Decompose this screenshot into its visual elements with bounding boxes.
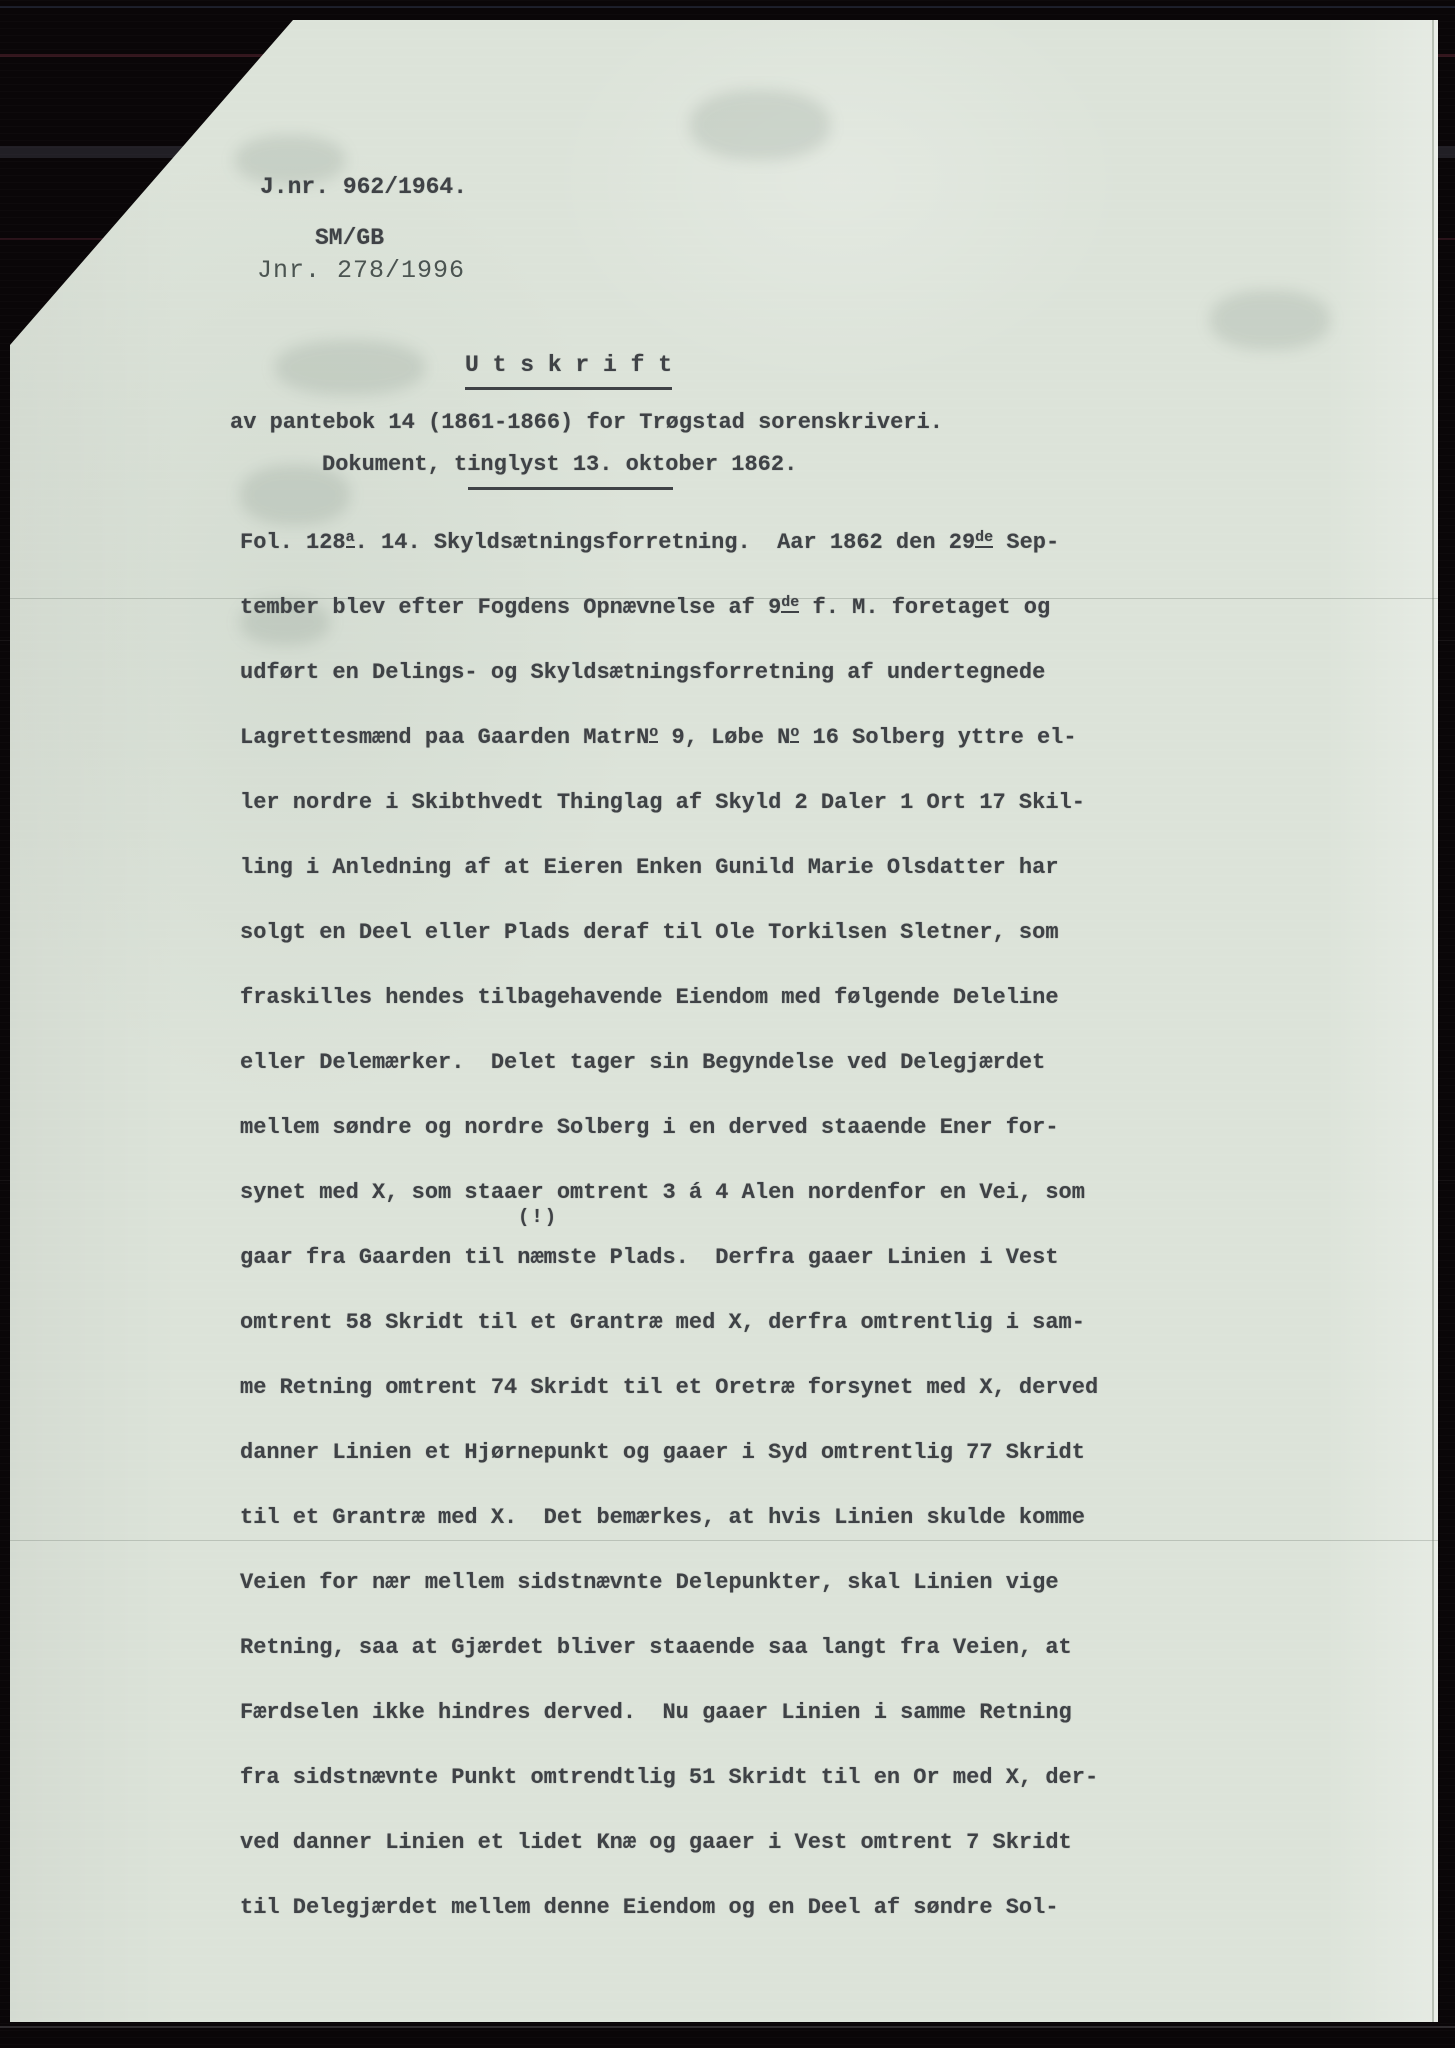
body-line: mellem søndre og nordre Solberg i en der… — [240, 1095, 1098, 1160]
paper-sheet: J.nr. 962/1964. SM/GB Jnr. 278/1996 U t … — [10, 20, 1438, 2022]
ink-bleedthrough-smudge — [690, 90, 830, 160]
case-handler-initials: SM/GB — [315, 223, 384, 253]
body-line: danner Linien et Hjørnepunkt og gaaer i … — [240, 1420, 1098, 1485]
body-line: omtrent 58 Skridt til et Grantræ med X, … — [240, 1290, 1098, 1355]
body-line: solgt en Deel eller Plads deraf til Ole … — [240, 900, 1098, 965]
ink-bleedthrough-smudge — [1210, 290, 1330, 350]
journal-number-top: J.nr. 962/1964. — [260, 172, 467, 202]
body-line: ved danner Linien et lidet Knæ og gaaer … — [240, 1810, 1098, 1875]
body-line: til et Grantræ med X. Det bemærkes, at h… — [240, 1485, 1098, 1550]
body-line: gaar fra Gaarden til næmste Plads. Derfr… — [240, 1225, 1098, 1290]
body-line: Færdselen ikke hindres derved. Nu gaaer … — [240, 1680, 1098, 1745]
body-line: me Retning omtrent 74 Skridt til et Oret… — [240, 1355, 1098, 1420]
body-line: udført en Delings- og Skyldsætningsforre… — [240, 640, 1098, 705]
ink-bleedthrough-smudge — [275, 340, 425, 395]
superscript-ordinal: de — [975, 529, 993, 548]
superscript-ordinal: a — [346, 529, 355, 548]
body-line: ler nordre i Skibthvedt Thinglag af Skyl… — [240, 770, 1098, 835]
underline-rule — [468, 487, 673, 490]
body-text: Fol. 128a. 14. Skyldsætningsforretning. … — [240, 510, 1098, 1940]
document-title: U t s k r i f t — [465, 350, 672, 390]
superscript-ordinal: de — [781, 594, 799, 613]
superscript-ordinal: o — [649, 724, 658, 743]
body-line: Veien for nær mellem sidstnævnte Delepun… — [240, 1550, 1098, 1615]
body-line: ling i Anledning af at Eieren Enken Guni… — [240, 835, 1098, 900]
scanned-archive-page: { "document": { "journal_number_top": "J… — [0, 0, 1455, 2048]
body-line: Retning, saa at Gjærdet bliver staaende … — [240, 1615, 1098, 1680]
body-line: eller Delemærker. Delet tager sin Begynd… — [240, 1030, 1098, 1095]
body-line: Fol. 128a. 14. Skyldsætningsforretning. … — [240, 510, 1098, 575]
body-line: fra sidstnævnte Punkt omtrendtlig 51 Skr… — [240, 1745, 1098, 1810]
scan-streak — [0, 2026, 1455, 2028]
superscript-ordinal: o — [790, 724, 799, 743]
body-line: til Delegjærdet mellem denne Eiendom og … — [240, 1875, 1098, 1940]
sic-annotation: (!) — [518, 1206, 558, 1228]
paper-edge-highlight — [1434, 20, 1438, 2022]
body-line: fraskilles hendes tilbagehavende Eiendom… — [240, 965, 1098, 1030]
document-type-line: Dokument, tinglyst 13. oktober 1862. — [322, 450, 797, 480]
scan-streak — [0, 6, 1455, 8]
body-line: tember blev efter Fogdens Opnævnelse af … — [240, 575, 1098, 640]
journal-number-secondary: Jnr. 278/1996 — [257, 256, 465, 286]
body-line: synet med X, som staaer omtrent 3 á 4 Al… — [240, 1160, 1098, 1225]
source-reference-line: av pantebok 14 (1861-1866) for Trøgstad … — [230, 408, 943, 438]
body-line: Lagrettesmænd paa Gaarden MatrNo 9, Løbe… — [240, 705, 1098, 770]
